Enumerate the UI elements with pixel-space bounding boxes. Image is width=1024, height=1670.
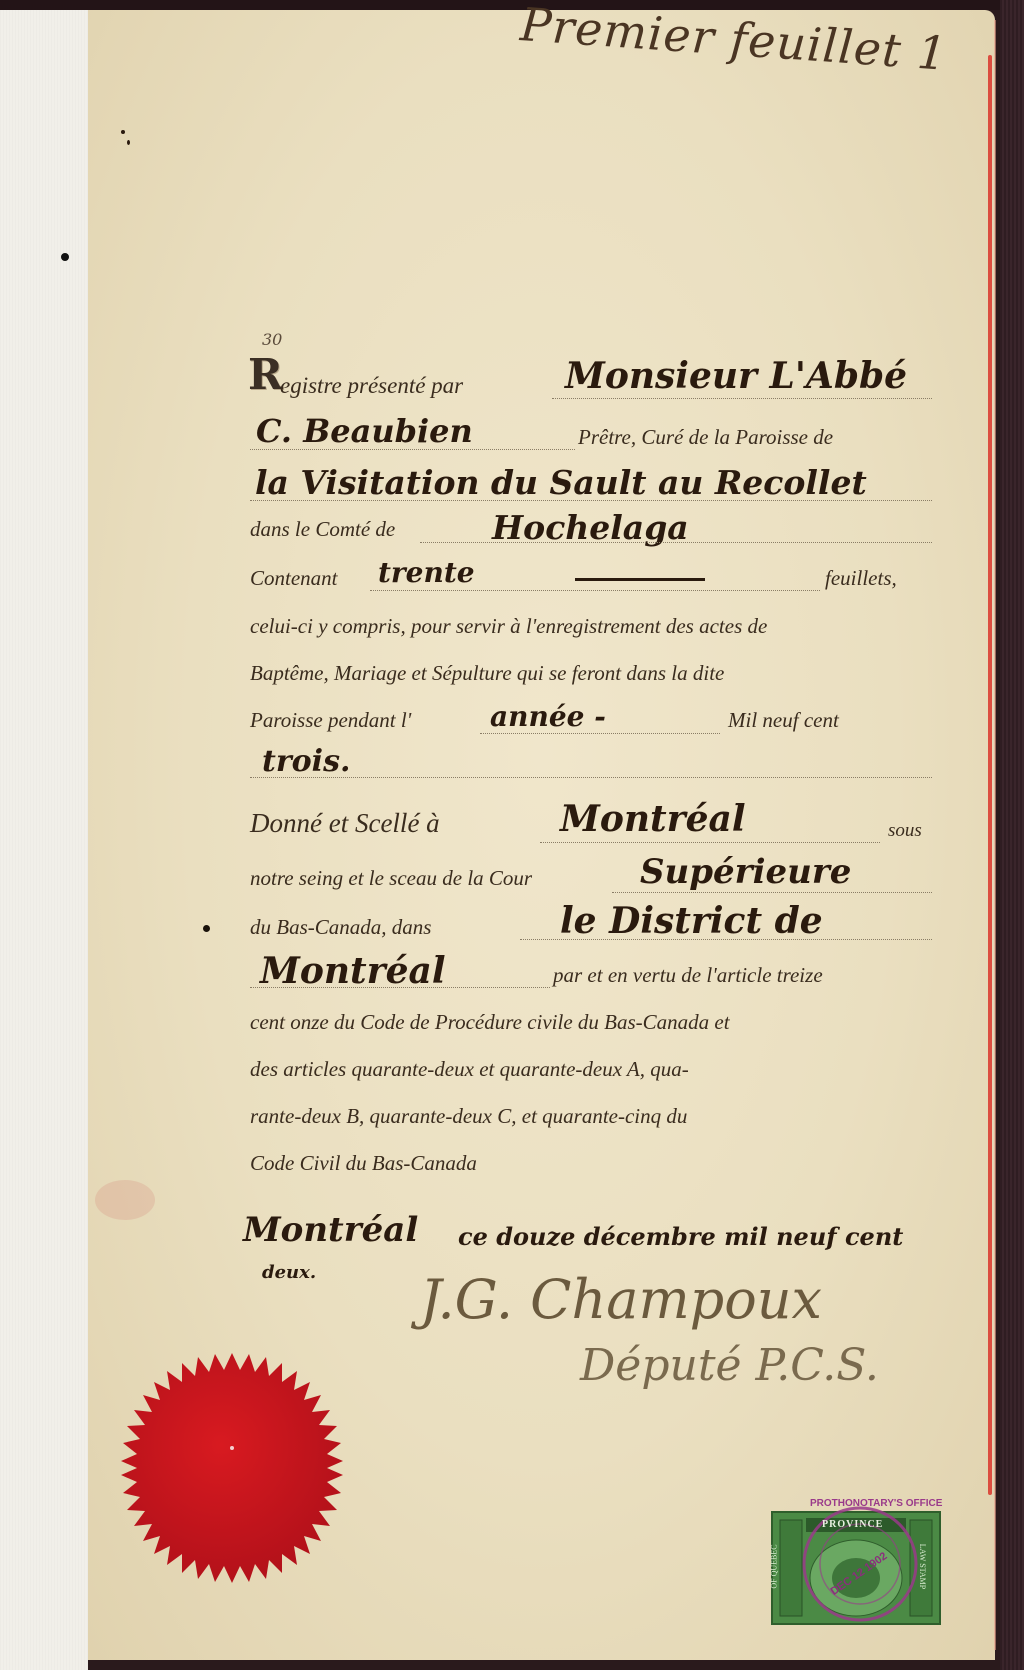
rule	[250, 449, 575, 450]
line-12-handwritten: le District de	[560, 900, 823, 942]
line-9-handwritten: trois.	[262, 744, 350, 779]
line-2-printed: Prêtre, Curé de la Paroisse de	[578, 425, 833, 450]
line-16-printed: rante-deux B, quarante-deux C, et quaran…	[250, 1104, 687, 1129]
line-15-printed: des articles quarante-deux et quarante-d…	[250, 1057, 689, 1082]
rule	[250, 987, 550, 988]
line-14-printed: cent onze du Code de Procédure civile du…	[250, 1010, 730, 1035]
line-2-handwritten: C. Beaubien	[256, 412, 473, 450]
line-13-handwritten: Montréal	[260, 950, 446, 992]
book-cloth-edge	[1000, 0, 1024, 1670]
line-6-printed: celui-ci y compris, pour servir à l'enre…	[250, 614, 767, 639]
stain	[95, 1180, 155, 1220]
postmark-text: PROTHONOTARY'S OFFICE	[810, 1498, 942, 1509]
line-13-printed: par et en vertu de l'article treize	[553, 963, 823, 988]
line-1-handwritten: Monsieur L'Abbé	[565, 355, 907, 397]
line-17-printed: Code Civil du Bas-Canada	[250, 1151, 477, 1176]
leaf-number: 30	[262, 330, 282, 349]
red-wax-seal-icon	[112, 1348, 352, 1588]
line-3-handwritten: la Visitation du Sault au Recollet	[255, 463, 867, 502]
line-12-printed: du Bas-Canada, dans	[250, 915, 431, 940]
ink-speck	[127, 140, 130, 145]
line-5-printed-end: feuillets,	[825, 566, 897, 591]
signature-name: J.G. Champoux	[420, 1268, 822, 1331]
closing-date: ce douze décembre mil neuf cent	[458, 1222, 903, 1251]
line-11-handwritten: Supérieure	[640, 852, 851, 892]
line-4-printed: dans le Comté de	[250, 517, 395, 542]
rule	[552, 398, 932, 399]
rule	[480, 733, 720, 734]
line-8-handwritten-end: Mil neuf cent	[728, 708, 839, 733]
closing-place: Montréal	[243, 1210, 418, 1250]
rule	[250, 500, 932, 501]
signature-title: Député P.C.S.	[580, 1340, 879, 1391]
line-11-printed: notre seing et le sceau de la Cour	[250, 866, 532, 891]
rule	[420, 542, 932, 543]
stamp-side-left: OF QUEBEC	[770, 1544, 779, 1588]
dash-fill	[575, 578, 705, 581]
rule	[540, 842, 880, 843]
line-10-printed: Donné et Scellé à	[250, 808, 440, 839]
rule	[612, 892, 932, 893]
red-page-edge	[988, 55, 992, 1495]
line-10-printed-end: sous	[888, 820, 922, 842]
law-stamp: PROVINCE PROTHONOTARY'S OFFICE DEC 12 19…	[770, 1500, 942, 1626]
ink-speck	[121, 130, 125, 134]
rule	[520, 939, 932, 940]
line-10-handwritten: Montréal	[560, 798, 746, 840]
ornate-drop-cap: R	[248, 350, 283, 399]
page-edge-tint	[994, 20, 996, 1650]
ink-speck	[203, 925, 210, 932]
line-1-printed: egistre présenté par	[280, 373, 463, 399]
line-5-handwritten: trente	[378, 556, 475, 589]
line-8-printed: Paroisse pendant l'	[250, 708, 411, 733]
flyleaf	[0, 10, 88, 1670]
line-7-printed: Baptême, Mariage et Sépulture qui se fer…	[250, 661, 724, 686]
stamp-top-text: PROVINCE	[822, 1519, 883, 1530]
book-cover-top	[0, 0, 1024, 10]
line-5-printed: Contenant	[250, 566, 338, 591]
binding-hole	[61, 253, 69, 261]
rule	[370, 590, 820, 591]
stamp-side-right: LAW STAMP	[918, 1544, 927, 1589]
closing-date-end: deux.	[262, 1262, 316, 1283]
rule	[250, 777, 932, 778]
line-8-handwritten: année -	[490, 700, 606, 733]
